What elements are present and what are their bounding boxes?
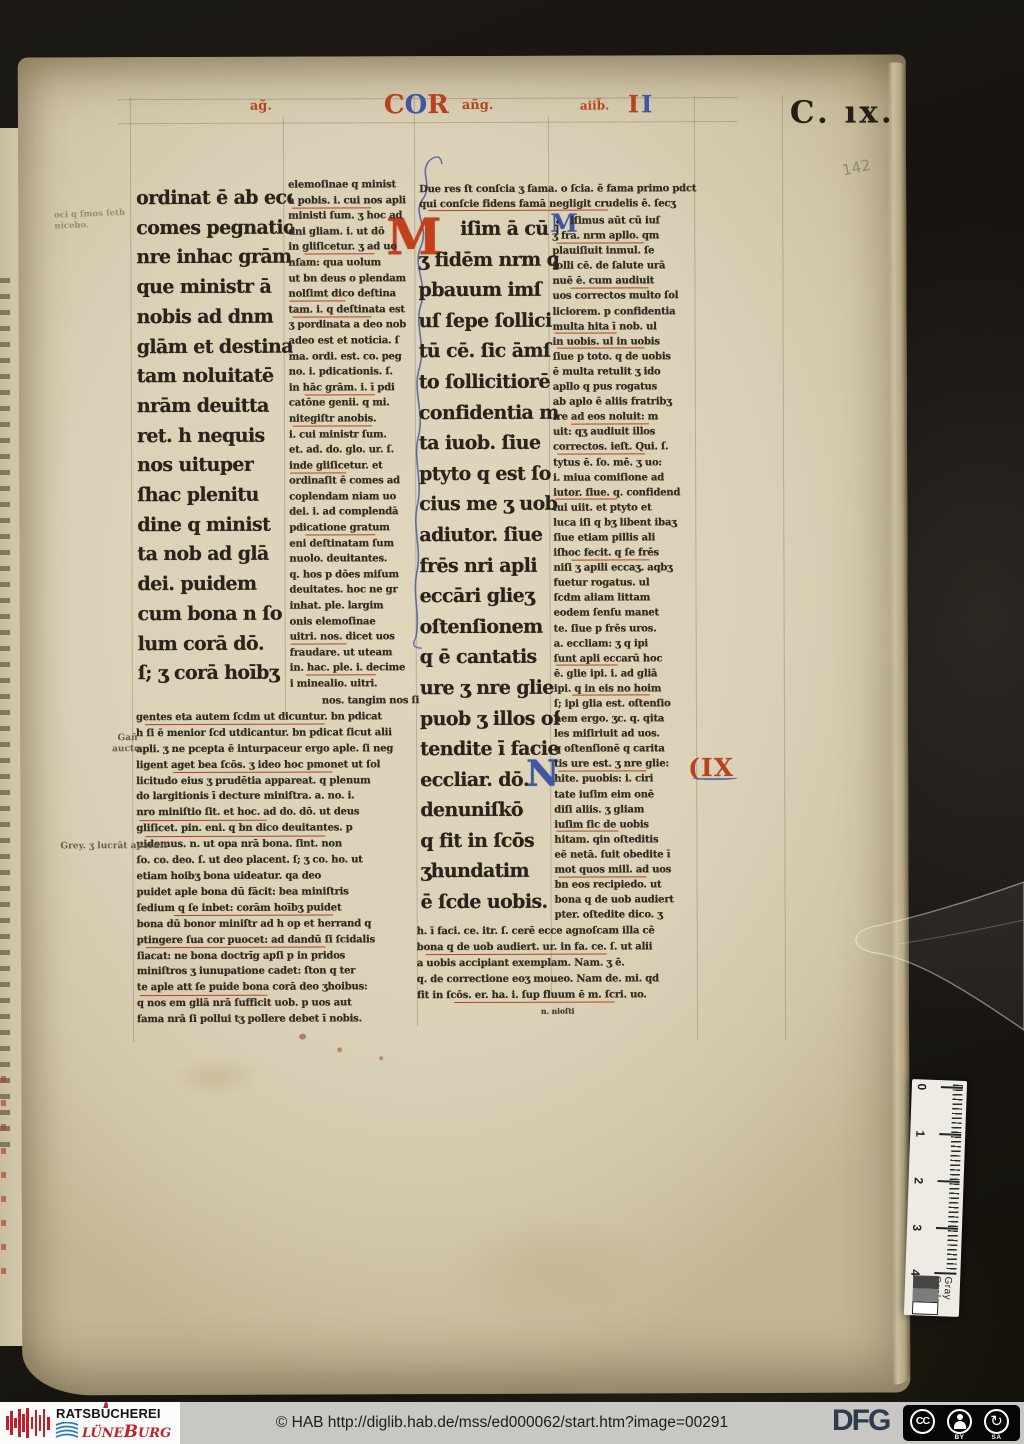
manuscript-line: tam noluitatē <box>137 362 293 392</box>
manuscript-line: et. ad. do. glo. ur. ſ. <box>289 442 417 458</box>
manuscript-line: plauiſiuit inmul. ſe <box>552 243 694 259</box>
manuscript-line: tū cē. ſic āmſ <box>419 336 559 367</box>
manuscript-line: ʒ fidēm nrm q <box>418 244 558 275</box>
manuscript-line: qui conſcie fidens famā negligit crudeli… <box>419 196 709 212</box>
manuscript-line: ē. glie ipi. i. ad gliā <box>554 666 696 682</box>
manuscript-line: iutor. ſiue. q. confidend <box>553 485 695 501</box>
manuscript-line: mot quos mill. ad uos <box>554 862 696 878</box>
manuscript-line: comes pegnatiois <box>136 213 292 243</box>
manuscript-line: uitri. nos. dicet uos <box>290 629 418 645</box>
header-mid-mark: aiib̃. <box>580 98 610 112</box>
manuscript-line: ma. ordi. est. co. peg <box>289 349 417 365</box>
manuscript-line: a. eccliam: ʒ q ipi <box>554 636 696 652</box>
manuscript-line: nitegiſtr anobis. <box>289 411 417 427</box>
manuscript-line: apllo q pus rogatus <box>553 379 695 395</box>
manuscript-line: ta nob ad glā <box>137 540 293 570</box>
manuscript-line: Gañ <box>112 733 143 744</box>
ruler-mm-ticks <box>946 1085 963 1273</box>
manuscript-line: ſunt apli eccarū hoc <box>554 651 696 667</box>
manuscript-line: no. i. pdicationis. ſ. <box>289 364 417 380</box>
folio-number-pencil: 142 <box>840 156 872 180</box>
manuscript-line: tis ure est. ʒ nre glie: <box>554 757 696 773</box>
manuscript-line: nolſimt dico deſtina <box>288 286 416 302</box>
bottom-gloss-left: nos. tangim nos ſigentes eta autem ſcdm … <box>136 693 427 1032</box>
manuscript-line: fraudare. ut uteam <box>290 645 418 661</box>
stain <box>379 1056 383 1060</box>
manuscript-line: gentes eta autem ſcdm ut dicuntur. bn pd… <box>136 709 426 726</box>
manuscript-line: to ſollicitiorē <box>419 367 559 398</box>
manuscript-line: ret. h nequis <box>137 421 293 451</box>
manuscript-line: pbauum imſ <box>418 275 558 306</box>
grayscale-ruler: 0 1 2 3 4 Gray Scale <box>904 1079 967 1317</box>
manuscript-line: fama nrā ſi pollui tʒ pollere debet ī no… <box>137 1011 427 1028</box>
manuscript-line: puob ʒ illos oſ <box>420 703 560 734</box>
manuscript-line: ab aplo ē aliis fratribʒ <box>553 394 695 410</box>
manuscript-line: q ē cantatis <box>420 642 560 673</box>
manuscript-line: i. cui ministr ſum. <box>289 427 417 443</box>
dfg-logo: DFG <box>832 1404 889 1438</box>
sa-label: SA <box>984 1434 1009 1441</box>
manuscript-line: diſi aliis. ʒ gliam <box>554 802 696 818</box>
manuscript-line: i. miua comiſione ad <box>553 470 695 486</box>
manuscript-line: ptingere ſua cor puocet: ad dandū ſi ſci… <box>137 932 427 949</box>
manuscript-line: deuitates. hoc ne gr <box>290 583 418 599</box>
manuscript-line: in hāc grām. i. ī pdi <box>289 380 417 396</box>
manuscript-line: ſcdm aliam littam <box>554 591 696 607</box>
manuscript-line: in uobis. ul in uobis <box>553 334 695 350</box>
manuscript-line: dni gliam. i. ut dō <box>288 224 416 240</box>
gray-patch-mid <box>912 1288 938 1302</box>
manuscript-line: dei. i. ad complendā <box>289 505 417 521</box>
logo-chevron-icon <box>54 1422 80 1440</box>
manuscript-line: nrām deuitta <box>137 392 293 422</box>
header-left-mark: ag̃. <box>250 99 272 114</box>
library-name-part: CHEREI <box>110 1406 160 1421</box>
manuscript-line: tytus ē. ſo. mē. ʒ uo: <box>553 455 695 471</box>
manuscript-line: gliſicet. pin. eni. q bn dico deuitantes… <box>136 820 426 837</box>
marginal-note-2: Gañaucto. <box>112 733 143 755</box>
manuscript-line: Due res ſt conſcia ʒ fama. o ſcia. ē fam… <box>419 181 709 197</box>
manuscript-line: ʒ pordinata a deo nob <box>289 318 417 334</box>
manuscript-line: nuolo. deuitantes. <box>289 551 417 567</box>
manuscript-line: ſiue p toto. q de uobis <box>553 349 695 365</box>
manuscript-line: ſhac plenitu <box>137 481 293 511</box>
manuscript-line: q nos em gliā nrā ſufficit uob. p uos au… <box>137 995 427 1012</box>
manuscript-line: nro miniſtio ſit. et hoc. ad do. dō. ut … <box>136 804 426 821</box>
photo-backdrop: ag̃. COR añg. aiib̃. II C. ıx. 142 M M N… <box>0 0 1024 1444</box>
manuscript-line: te. ſiue p frēs uros. <box>554 621 696 637</box>
ruler-number: 2 <box>913 1177 925 1189</box>
manuscript-line: puidet aple bona dū fācit: bea miniſtris <box>137 884 427 901</box>
manuscript-line: ē ſcde uobis. <box>421 887 561 918</box>
city-part: LÜNE <box>82 1426 124 1441</box>
gloss-header-lines: Due res ſt conſcia ʒ fama. o ſcia. ē fam… <box>419 181 709 214</box>
manuscript-line: eodem ſenſu manet <box>554 606 696 622</box>
numeral-i-red: I <box>628 89 641 118</box>
manuscript-line: niſi ʒ apili eccaʒ. aqbʒ <box>553 560 695 576</box>
manuscript-line: ʒhundatim <box>420 856 560 887</box>
sa-sharealike-icon: ↻ <box>984 1409 1009 1434</box>
manuscript-line: correctos. ieſt. Qui. ſ. <box>553 440 695 456</box>
tiny-note: n. nioſti <box>541 1007 575 1016</box>
manuscript-line: ſo. co. deo. ſ. ut deo placent. ſ; ʒ co.… <box>136 852 426 869</box>
manuscript-line: lum corā dō. <box>138 629 294 659</box>
verso-text-ghost <box>0 278 10 1158</box>
manuscript-line: inde gliſicetur. et <box>289 458 417 474</box>
manuscript-line: ſ; ipi glia est. oſtenſio <box>554 696 696 712</box>
manuscript-line: adeo est et noticia. ſ <box>289 333 417 349</box>
page-stack-edge <box>888 62 911 1384</box>
library-logo: RATSBÜCHEREI LÜNEBURG <box>0 1402 180 1444</box>
running-header: ag̃. COR añg. aiib̃. II <box>18 94 906 127</box>
manuscript-line: ta iuob. ſiue <box>419 428 559 459</box>
manuscript-line: ſiacat: ne bona doctrīg apſi p in pridos <box>137 948 427 965</box>
manuscript-line: dei. puidem <box>137 570 293 600</box>
manuscript-line: iſimus aūt cū iuſ <box>570 213 694 229</box>
manuscript-line: iui uiit. et ptyto et <box>553 500 695 516</box>
manuscript-line: miniſtros ʒ iunupatione cadet: ſton q te… <box>137 964 427 981</box>
manuscript-line: ſedium q ſe inbet: corām hoībʒ puidet <box>137 900 427 917</box>
library-city: LÜNEBURG <box>82 1422 171 1442</box>
stain <box>299 1034 306 1040</box>
manuscript-line: in gliſicetur. ʒ ad uo <box>288 240 416 256</box>
manuscript-line: nſam: qua uolum <box>288 255 416 271</box>
manuscript-line: do largitionis ī decture miniſtra. a. no… <box>136 789 426 806</box>
manuscript-line: h. ī faci. ce. itr. ſ. cerē ecce agnoſca… <box>417 923 709 940</box>
gloss-column-inner: elemoſinae q minista pobis. i. cui nos a… <box>288 177 418 695</box>
verso-rubric-edge <box>1 1076 6 1276</box>
manuscript-line: coplendam niam uo <box>289 489 417 505</box>
stain <box>171 1057 261 1097</box>
manuscript-line: ure ʒ nre glie <box>420 673 560 704</box>
manuscript-line: oſtenſionem <box>420 611 560 642</box>
ruler-cm-tick <box>936 1227 958 1230</box>
ruler-number: 1 <box>915 1130 927 1142</box>
manuscript-line: eccāri glieʒ <box>419 581 559 612</box>
manuscript-line: bona q de uob audiert. ur. in fa. ce. ſ.… <box>417 939 709 956</box>
manuscript-line: pter. oſtedite dico. ʒ <box>555 908 697 924</box>
manuscript-line: uos correctos multo ſol <box>552 289 694 305</box>
manuscript-line: tate iuſim eim onē <box>554 787 696 803</box>
manuscript-line: adiutor. ſiue <box>419 520 559 551</box>
header-book-numeral: II <box>628 89 655 118</box>
gray-patch-white <box>912 1301 938 1315</box>
ruler-cm-tick <box>938 1180 960 1183</box>
manuscript-line: les miſiriuit ad uos. <box>554 726 696 742</box>
manuscript-line: denuniſkō <box>420 795 560 826</box>
manuscript-line: bn eos recipiedo. ut <box>555 877 697 893</box>
manuscript-line: nuē ē. cum audiuit <box>552 274 694 290</box>
header-letter-o: O <box>404 90 427 120</box>
by-attribution-icon <box>947 1409 972 1434</box>
logo-bars-icon <box>6 1407 50 1439</box>
manuscript-line: iſim ā cū iuſ <box>460 214 558 245</box>
manuscript-line: ipi. q in eis no hoim <box>554 681 696 697</box>
manuscript-line: eccliar. dō. <box>420 764 560 795</box>
manuscript-line: aucto. <box>112 744 143 755</box>
manuscript-line: ſ; ʒ corā hoībʒ <box>138 659 294 689</box>
city-part-b: B <box>124 1422 138 1442</box>
manuscript-line: bona dū bonor miniſtr ad h op et herrand… <box>137 916 427 933</box>
manuscript-line: q. de correctione eoʒ moueo. Nam de. mi.… <box>417 971 709 988</box>
manuscript-page: ag̃. COR añg. aiib̃. II C. ıx. 142 M M N… <box>18 54 911 1395</box>
manuscript-line: cum bona n ſo <box>138 599 294 629</box>
ruling-line <box>130 97 134 1042</box>
text-column-2: iſim ā cū iuſʒ fidēm nrm qpbauum imſuſ ſ… <box>418 214 560 920</box>
manuscript-line: hite. puobis: i. ciri <box>554 772 696 788</box>
header-letter-r: R <box>427 90 449 120</box>
library-name-umlaut: Ü <box>101 1406 111 1421</box>
numeral-i-blue: I <box>641 89 654 118</box>
ruler-number: 0 <box>917 1083 929 1095</box>
manuscript-line: confidentia mſ <box>419 397 559 428</box>
gloss-column-outer: iſimus aūt cū iuſʒ fra. nrm apllo. qmpla… <box>552 213 696 925</box>
manuscript-line: luca iſi q bʒ libent ibaʒ <box>553 515 695 531</box>
stain <box>442 1205 662 1326</box>
manuscript-line: que ministr ā <box>136 273 292 303</box>
manuscript-line: fit in ſcōs. er. ha. i. ſup fluum ē m. ſ… <box>417 987 709 1004</box>
ruling-line <box>782 95 786 1040</box>
manuscript-line: a pobis. i. cui nos apli <box>288 193 416 209</box>
copyright-url: © HAB http://diglib.hab.de/mss/ed000062/… <box>190 1402 814 1444</box>
manuscript-line: ſiue etiam pillis ali <box>553 530 695 546</box>
manuscript-line: onis elemoſinae <box>290 614 418 630</box>
manuscript-line: pdicatione gratum <box>289 520 417 536</box>
cc-license-badge: CC ↻ BY SA <box>903 1405 1020 1441</box>
manuscript-line: nre inhac grām <box>136 243 292 273</box>
manuscript-line: ē multa retulit ʒ ido <box>553 364 695 380</box>
manuscript-line: liciorem. p confidentia <box>553 304 695 320</box>
manuscript-line: tendite ī facie <box>420 734 560 765</box>
manuscript-line: uit: qʒ audiuit illos <box>553 425 695 441</box>
library-name: RATSBÜCHEREI <box>56 1406 161 1421</box>
manuscript-line: ministi ſum. ʒ hoc ad <box>288 208 416 224</box>
manuscript-line: elemoſinae q minist <box>288 177 416 193</box>
manuscript-line: ordinat ē ab ecciis <box>136 184 292 214</box>
manuscript-line: uidemus. n. ut opa nrā bona. ſint. non <box>136 836 426 853</box>
manuscript-line: fuetur rogatus. ul <box>553 575 695 591</box>
manuscript-line: licitudo eius ʒ prudētia appareat. q ple… <box>136 773 426 790</box>
manuscript-line: i minealio. uitri. <box>290 676 418 692</box>
manuscript-line: uſ ſepe ſollici <box>419 305 559 336</box>
library-name-part: RATSB <box>56 1406 101 1421</box>
manuscript-line: ſolli cē. de ſalute urā <box>552 258 694 274</box>
manuscript-line: q fit in ſcōs <box>420 826 560 857</box>
manuscript-line: apli. ʒ ne pcepta ē inturpaceur ergo apl… <box>136 741 426 758</box>
manuscript-line: dine q minist <box>137 510 293 540</box>
header-letter-c: C <box>384 90 405 120</box>
manuscript-line: frēs nri apli <box>419 550 559 581</box>
by-label: BY <box>947 1434 972 1441</box>
manuscript-line: ptyto q est ſo <box>419 458 559 489</box>
stain <box>337 1047 342 1052</box>
bottom-gloss-right: h. ī faci. ce. itr. ſ. cerē ecce agnoſca… <box>417 923 709 1008</box>
cc-icon: CC <box>910 1409 935 1434</box>
manuscript-line: ut bn deus o plendam <box>288 271 416 287</box>
marginal-note-3: Grey. ʒ lucrāt aparuit <box>60 841 167 852</box>
header-title: COR <box>384 90 449 120</box>
manuscript-line: eē netā. ſuit obedite ī <box>554 847 696 863</box>
manuscript-line: etiam hoibʒ bona uideatur. qa deo <box>137 868 427 885</box>
ruler-cm-tick <box>941 1086 963 1089</box>
ruler-cm-tick <box>939 1133 961 1136</box>
manuscript-line: ligent aget bea ſcōs. ʒ ideo hoc pmonet … <box>136 757 426 774</box>
manuscript-line: ire ad eos noluit: m <box>553 409 695 425</box>
manuscript-line: bona q de uob audiert <box>555 892 697 908</box>
city-part: URG <box>138 1426 171 1441</box>
manuscript-line: q oſtenſionē q carita <box>554 741 696 757</box>
manuscript-line: ʒ fra. nrm apllo. qm <box>552 228 694 244</box>
marginal-note-1: oci q ſmos ſethnicebo. <box>54 208 126 233</box>
footer-bar: RATSBÜCHEREI LÜNEBURG © HAB http://digli… <box>0 1402 1024 1444</box>
manuscript-line: q. hos p dōes miſum <box>289 567 417 583</box>
manuscript-line: a uobis accipiant exemplam. Nam. ʒ ē. <box>417 955 709 972</box>
text-column-1: ordinat ē ab ecciiscomes pegnatioisnre i… <box>136 184 294 693</box>
manuscript-line: iuſim ſic de uobis <box>554 817 696 833</box>
ruler-cm-tick <box>934 1272 956 1275</box>
manuscript-line: nem ergo. ʒc. q. qita <box>554 711 696 727</box>
gray-patch-dark <box>913 1275 939 1289</box>
manuscript-line: glām et destina <box>137 332 293 362</box>
manuscript-line: eni deſtinatam ſum <box>289 536 417 552</box>
manuscript-line: nobis ad dnm <box>137 302 293 332</box>
manuscript-line: iſhoc fecit. q ſe frēs <box>553 545 695 561</box>
manuscript-line: nos uituper <box>137 451 293 481</box>
manuscript-line: ordinaſit ē comes ad <box>289 473 417 489</box>
manuscript-line: in. hac. ple. i. decime <box>290 661 418 677</box>
ruler-number: 3 <box>912 1224 924 1236</box>
manuscript-line: cius me ʒ uob <box>419 489 559 520</box>
chapter-number-ink: C. ıx. <box>790 94 895 130</box>
manuscript-line: catōne genii. q mi. <box>289 395 417 411</box>
manuscript-line: hitam. qin oſteditis <box>554 832 696 848</box>
manuscript-line: multa hita ī nob. ul <box>553 319 695 335</box>
manuscript-line: nicebo. <box>54 219 126 233</box>
header-title-suffix: añg. <box>462 98 494 113</box>
manuscript-line: tam. i. q deſtinata est <box>289 302 417 318</box>
manuscript-line: h ſi ē menior ſcd utdicantur. bn pdicat … <box>136 725 426 742</box>
manuscript-line: inhat. ple. largim <box>290 598 418 614</box>
manuscript-line: te aple att ſe puide bona corā deo ʒhoib… <box>137 979 427 996</box>
manuscript-line: nos. tangim nos ſi <box>322 693 426 709</box>
